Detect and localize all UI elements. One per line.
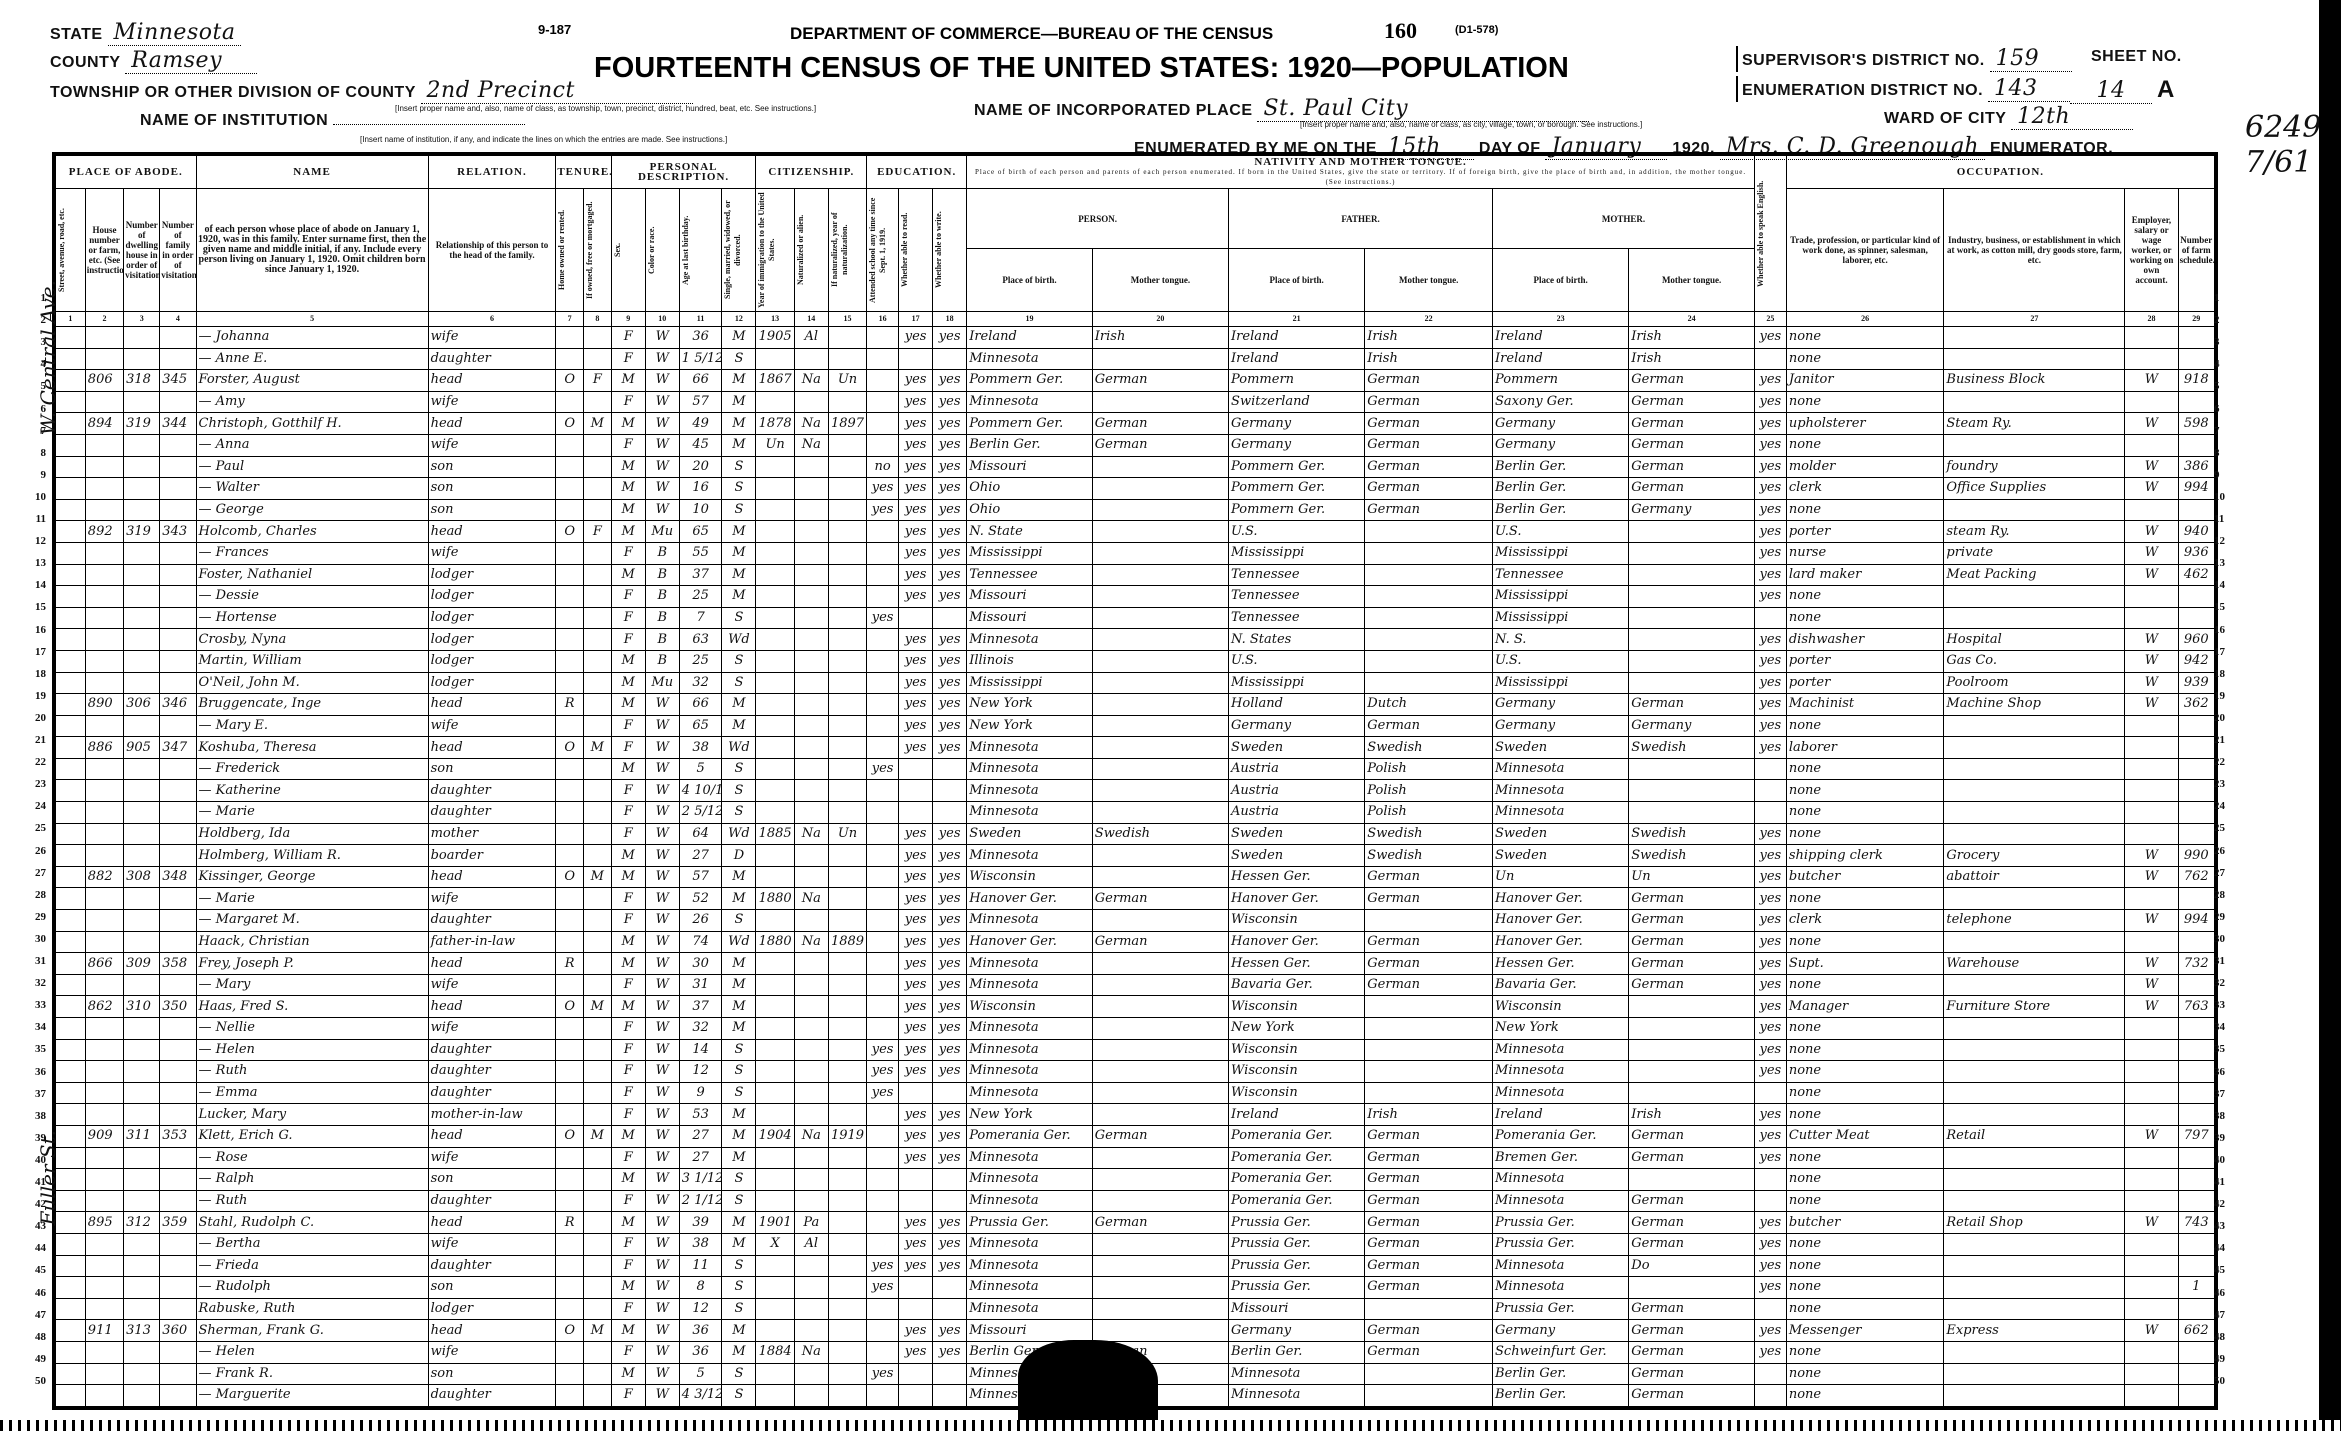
cell-write <box>933 1298 967 1320</box>
cell-f-tongue: German <box>1365 1255 1493 1277</box>
cell-sex: F <box>611 1018 645 1040</box>
cell-f-tongue <box>1365 564 1493 586</box>
cell-age: 49 <box>679 413 722 435</box>
cell-school: yes <box>867 758 899 780</box>
line-number-right: 36 <box>2214 1066 2232 1078</box>
cell-natyr <box>828 1147 866 1169</box>
cell-age: 9 <box>679 1082 722 1104</box>
table-row: 866309358Frey, Joseph P.headRMW30Myesyes… <box>56 953 2215 975</box>
cell-code: 743 <box>2178 1212 2214 1234</box>
cell-name: — Marie <box>196 888 428 910</box>
nativity-heading: NATIVITY AND MOTHER TONGUE. <box>968 157 1753 167</box>
cell-m-tongue <box>1629 1277 1755 1299</box>
cell-code <box>2178 586 2214 608</box>
cell-m-birth: Sweden <box>1493 845 1629 867</box>
cell-race: Mu <box>645 672 679 694</box>
cell-english: yes <box>1754 694 1786 716</box>
cell-tongue: Irish <box>1092 327 1228 349</box>
cell-english <box>1754 607 1786 629</box>
cell-natyr <box>828 1320 866 1342</box>
cell-marital: M <box>722 974 756 996</box>
line-number-left: 41 <box>28 1176 46 1188</box>
cell-name: Haack, Christian <box>196 931 428 953</box>
cell-sex: F <box>611 780 645 802</box>
cell-immig: Un <box>756 434 794 456</box>
cell-age: 10 <box>679 499 722 521</box>
cell-race: W <box>645 1298 679 1320</box>
cell-m-birth: Minnesota <box>1493 1082 1629 1104</box>
cell-birth: Pommern Ger. <box>967 413 1093 435</box>
table-row: 862310350Haas, Fred S.headOMMW37MyesyesW… <box>56 996 2215 1018</box>
cell-natyr <box>828 629 866 651</box>
cell-nat <box>794 694 828 716</box>
cell-dwelling <box>124 629 160 651</box>
cell-nat: Na <box>794 1341 828 1363</box>
cell-marital: S <box>722 1363 756 1385</box>
cell-birth: Minnesota <box>967 1255 1093 1277</box>
cell-m-tongue: Swedish <box>1629 737 1755 759</box>
cell-name: Frey, Joseph P. <box>196 953 428 975</box>
cell-sex: F <box>611 586 645 608</box>
line-number-left: 14 <box>28 579 46 591</box>
cell-sex: F <box>611 1104 645 1126</box>
cell-nat <box>794 780 828 802</box>
cell-immig: 1901 <box>756 1212 794 1234</box>
cell-m-tongue: Irish <box>1629 348 1755 370</box>
supervisor-district-field: SUPERVISOR'S DISTRICT NO. 159 <box>1736 46 2072 72</box>
cell-dwelling <box>124 348 160 370</box>
cell-marital: M <box>722 434 756 456</box>
cell-trade: none <box>1786 1341 1944 1363</box>
cell-owned <box>556 629 584 651</box>
cell-nat <box>794 1018 828 1040</box>
cell-natyr <box>828 1082 866 1104</box>
cell-owned <box>556 1018 584 1040</box>
col-18-header: Whether able to write. <box>933 189 967 312</box>
cell-industry: Meat Packing <box>1944 564 2125 586</box>
cell-class <box>2125 1190 2178 1212</box>
line-number-right: 38 <box>2214 1110 2232 1122</box>
cell-name: Bruggencate, Inge <box>196 694 428 716</box>
cell-sex: F <box>611 1039 645 1061</box>
cell-f-tongue: German <box>1365 931 1493 953</box>
cell-dwelling <box>124 1082 160 1104</box>
cell-tongue <box>1092 1190 1228 1212</box>
cell-f-tongue <box>1365 629 1493 651</box>
cell-school <box>867 1018 899 1040</box>
table-row: 890306346Bruggencate, IngeheadRMW66Myesy… <box>56 694 2215 716</box>
cell-f-tongue: Polish <box>1365 780 1493 802</box>
cell-family <box>160 910 196 932</box>
cell-school: yes <box>867 1363 899 1385</box>
cell-code <box>2178 1018 2214 1040</box>
cell-sex: F <box>611 434 645 456</box>
cell-mortgage <box>584 715 612 737</box>
cell-age: 64 <box>679 823 722 845</box>
cell-f-birth: Germany <box>1229 715 1365 737</box>
cell-code <box>2178 434 2214 456</box>
cell-relation: father-in-law <box>428 931 556 953</box>
cell-family <box>160 456 196 478</box>
cell-marital: D <box>722 845 756 867</box>
enumeration-district-value: 143 <box>1988 76 2070 102</box>
cell-mortgage <box>584 953 612 975</box>
cell-tongue <box>1092 996 1228 1018</box>
cell-natyr: 1889 <box>828 931 866 953</box>
col-16-header: Attended school any time since Sept. 1, … <box>867 189 899 312</box>
cell-name: — Anne E. <box>196 348 428 370</box>
cell-birth: Pomerania Ger. <box>967 1125 1093 1147</box>
table-row: — RuthdaughterFW12SyesyesyesMinnesotaWis… <box>56 1061 2215 1083</box>
cell-dwelling <box>124 672 160 694</box>
cell-write <box>933 348 967 370</box>
line-number-right: 47 <box>2214 1309 2232 1321</box>
cell-school <box>867 1212 899 1234</box>
cell-immig: 1878 <box>756 413 794 435</box>
cell-dwelling: 319 <box>124 521 160 543</box>
cell-immig <box>756 1169 794 1191</box>
table-row: — RalphsonMW3 1/12SMinnesotaPomerania Ge… <box>56 1169 2215 1191</box>
cell-read <box>899 1190 933 1212</box>
cell-nat <box>794 715 828 737</box>
cell-f-tongue: Swedish <box>1365 845 1493 867</box>
cell-birth: Wisconsin <box>967 996 1093 1018</box>
cell-english: yes <box>1754 521 1786 543</box>
cell-tongue <box>1092 1233 1228 1255</box>
cell-relation: lodger <box>428 586 556 608</box>
cell-english <box>1754 1082 1786 1104</box>
column-number: 6 <box>428 312 556 327</box>
form-number: 9-187 <box>538 22 571 37</box>
cell-dwelling <box>124 1277 160 1299</box>
cell-trade: Manager <box>1786 996 1944 1018</box>
cell-mortgage <box>584 629 612 651</box>
cell-write: yes <box>933 888 967 910</box>
cell-read <box>899 1298 933 1320</box>
cell-relation: son <box>428 1363 556 1385</box>
line-number-left: 39 <box>28 1132 46 1144</box>
cell-name: — Frank R. <box>196 1363 428 1385</box>
cell-school: yes <box>867 1061 899 1083</box>
cell-m-tongue: German <box>1629 1341 1755 1363</box>
cell-name: Haas, Fred S. <box>196 996 428 1018</box>
cell-family: 345 <box>160 370 196 392</box>
table-row: 894319344Christoph, Gotthilf H.headOMMW4… <box>56 413 2215 435</box>
cell-natyr <box>828 1039 866 1061</box>
cell-age: 37 <box>679 996 722 1018</box>
nativity-note: Place of birth of each person and parent… <box>968 167 1753 187</box>
cell-immig: 1885 <box>756 823 794 845</box>
cell-school <box>867 327 899 349</box>
cell-trade: clerk <box>1786 478 1944 500</box>
scan-noise <box>0 1420 2341 1431</box>
cell-nat: Na <box>794 413 828 435</box>
cell-tongue: German <box>1092 370 1228 392</box>
cell-name: — Ruth <box>196 1061 428 1083</box>
cell-industry: Machine Shop <box>1944 694 2125 716</box>
cell-write <box>933 1082 967 1104</box>
cell-write: yes <box>933 434 967 456</box>
cell-owned <box>556 391 584 413</box>
cell-name: — Helen <box>196 1039 428 1061</box>
cell-age: 20 <box>679 456 722 478</box>
cell-code: 1 <box>2178 1277 2214 1299</box>
cell-mortgage <box>584 823 612 845</box>
cell-english: yes <box>1754 542 1786 564</box>
cell-race: W <box>645 327 679 349</box>
cell-relation: son <box>428 758 556 780</box>
cell-age: 26 <box>679 910 722 932</box>
cell-age: 45 <box>679 434 722 456</box>
cell-sex: F <box>611 715 645 737</box>
cell-m-tongue <box>1629 1082 1755 1104</box>
cell-english: yes <box>1754 586 1786 608</box>
cell-race: W <box>645 888 679 910</box>
cell-industry <box>1944 607 2125 629</box>
cell-natyr: 1897 <box>828 413 866 435</box>
cell-owned: R <box>556 694 584 716</box>
cell-house: 806 <box>85 370 123 392</box>
cell-write: yes <box>933 910 967 932</box>
cell-code <box>2178 1039 2214 1061</box>
cell-school <box>867 953 899 975</box>
cell-name: — Amy <box>196 391 428 413</box>
cell-nat <box>794 1082 828 1104</box>
cell-f-tongue: German <box>1365 1169 1493 1191</box>
col-21-header: Place of birth. <box>1229 249 1365 312</box>
cell-nat <box>794 996 828 1018</box>
cell-english: yes <box>1754 478 1786 500</box>
cell-house <box>85 715 123 737</box>
cell-f-birth: Wisconsin <box>1229 1061 1365 1083</box>
line-number-right: 10 <box>2214 491 2232 503</box>
line-number-right: 1 <box>2214 292 2232 304</box>
cell-f-tongue <box>1365 1363 1493 1385</box>
cell-f-birth: Tennessee <box>1229 607 1365 629</box>
group-name: NAME <box>196 156 428 189</box>
cell-dwelling <box>124 327 160 349</box>
cell-dwelling <box>124 802 160 824</box>
cell-immig <box>756 802 794 824</box>
cell-sex: M <box>611 1212 645 1234</box>
institution-instruction: [Insert name of institution, if any, and… <box>360 135 727 144</box>
cell-race: W <box>645 1018 679 1040</box>
col-5-header: of each person whose place of abode on J… <box>196 189 428 312</box>
table-row: — AnnawifeFW45MUnNayesyesBerlin Ger.Germ… <box>56 434 2215 456</box>
cell-sex: F <box>611 391 645 413</box>
cell-m-tongue: German <box>1629 974 1755 996</box>
cell-name: Sherman, Frank G. <box>196 1320 428 1342</box>
cell-m-tongue <box>1629 1018 1755 1040</box>
cell-birth: N. State <box>967 521 1093 543</box>
cell-school <box>867 542 899 564</box>
cell-sex: F <box>611 1233 645 1255</box>
cell-house <box>85 1018 123 1040</box>
cell-owned <box>556 564 584 586</box>
line-number-right: 4 <box>2214 358 2232 370</box>
cell-f-birth: Pomerania Ger. <box>1229 1147 1365 1169</box>
cell-race: B <box>645 607 679 629</box>
cell-f-birth: Ireland <box>1229 1104 1365 1126</box>
cell-f-tongue <box>1365 1018 1493 1040</box>
cell-industry <box>1944 1277 2125 1299</box>
cell-mortgage <box>584 1082 612 1104</box>
line-number-right: 22 <box>2214 756 2232 768</box>
cell-natyr <box>828 737 866 759</box>
cell-marital: M <box>722 1233 756 1255</box>
col-14-label: Naturalized or alien. <box>796 190 806 310</box>
column-number: 2 <box>85 312 123 327</box>
line-number-right: 17 <box>2214 646 2232 658</box>
cell-tongue: German <box>1092 1125 1228 1147</box>
cell-english: yes <box>1754 564 1786 586</box>
cell-industry <box>1944 586 2125 608</box>
cell-relation: daughter <box>428 1061 556 1083</box>
state-value: Minnesota <box>108 20 242 46</box>
cell-m-birth: Bremen Ger. <box>1493 1147 1629 1169</box>
cell-race: W <box>645 910 679 932</box>
cell-street <box>56 629 86 651</box>
cell-sex: M <box>611 650 645 672</box>
cell-write <box>933 1363 967 1385</box>
cell-marital: S <box>722 348 756 370</box>
cell-mortgage: M <box>584 1125 612 1147</box>
cell-race: W <box>645 931 679 953</box>
cell-class <box>2125 391 2178 413</box>
line-number-right: 20 <box>2214 712 2232 724</box>
cell-relation: wife <box>428 974 556 996</box>
cell-age: 65 <box>679 715 722 737</box>
cell-natyr <box>828 866 866 888</box>
cell-read <box>899 1363 933 1385</box>
cell-m-birth: New York <box>1493 1018 1629 1040</box>
cell-immig <box>756 456 794 478</box>
cell-house: 909 <box>85 1125 123 1147</box>
cell-read: yes <box>899 694 933 716</box>
cell-tongue <box>1092 1147 1228 1169</box>
cell-immig <box>756 974 794 996</box>
cell-relation: wife <box>428 327 556 349</box>
cell-nat <box>794 564 828 586</box>
cell-family: 359 <box>160 1212 196 1234</box>
line-number-left: 49 <box>28 1353 46 1365</box>
cell-m-tongue: German <box>1629 413 1755 435</box>
cell-m-tongue <box>1629 650 1755 672</box>
cell-read: yes <box>899 521 933 543</box>
cell-race: W <box>645 1169 679 1191</box>
cell-code <box>2178 1385 2214 1407</box>
cell-house <box>85 348 123 370</box>
cell-name: — Frieda <box>196 1255 428 1277</box>
cell-age: 16 <box>679 478 722 500</box>
cell-code: 939 <box>2178 672 2214 694</box>
cell-m-tongue <box>1629 542 1755 564</box>
cell-write: yes <box>933 1147 967 1169</box>
cell-age: 12 <box>679 1061 722 1083</box>
group-place-of-abode: PLACE OF ABODE. <box>56 156 197 189</box>
cell-industry <box>1944 499 2125 521</box>
cell-m-tongue <box>1629 802 1755 824</box>
cell-owned <box>556 1147 584 1169</box>
cell-race: W <box>645 953 679 975</box>
cell-owned: R <box>556 1212 584 1234</box>
incorporated-place-value: St. Paul City <box>1257 96 1589 122</box>
cell-f-tongue: Dutch <box>1365 694 1493 716</box>
cell-dwelling <box>124 1147 160 1169</box>
cell-dwelling <box>124 1018 160 1040</box>
cell-m-tongue: German <box>1629 1147 1755 1169</box>
cell-dwelling <box>124 607 160 629</box>
cell-race: W <box>645 780 679 802</box>
cell-industry <box>1944 1255 2125 1277</box>
cell-family <box>160 1104 196 1126</box>
cell-age: 25 <box>679 650 722 672</box>
cell-read: yes <box>899 434 933 456</box>
cell-industry <box>1944 434 2125 456</box>
cell-family <box>160 758 196 780</box>
cell-birth: Minnesota <box>967 1018 1093 1040</box>
cell-relation: daughter <box>428 1385 556 1407</box>
cell-f-birth: Holland <box>1229 694 1365 716</box>
cell-natyr <box>828 910 866 932</box>
cell-house <box>85 910 123 932</box>
cell-nat <box>794 456 828 478</box>
cell-english: yes <box>1754 996 1786 1018</box>
cell-tongue <box>1092 1320 1228 1342</box>
cell-house: 882 <box>85 866 123 888</box>
cell-race: W <box>645 802 679 824</box>
cell-read: yes <box>899 1018 933 1040</box>
incorporated-place-field: NAME OF INCORPORATED PLACE St. Paul City <box>974 96 1589 122</box>
cell-house: 886 <box>85 737 123 759</box>
cell-trade: Messenger <box>1786 1320 1944 1342</box>
line-number-right: 43 <box>2214 1220 2232 1232</box>
cell-industry: Retail Shop <box>1944 1212 2125 1234</box>
cell-immig: 1884 <box>756 1341 794 1363</box>
cell-tongue: German <box>1092 888 1228 910</box>
col-2-header: House number or farm, etc. (See instruct… <box>85 189 123 312</box>
cell-dwelling: 319 <box>124 413 160 435</box>
cell-marital: S <box>722 478 756 500</box>
supervisor-value: 159 <box>1990 46 2072 72</box>
cell-mortgage: M <box>584 866 612 888</box>
col-10-label: Color or race. <box>647 190 657 310</box>
cell-house: 862 <box>85 996 123 1018</box>
cell-class: W <box>2125 1125 2178 1147</box>
cell-f-birth: Pommern Ger. <box>1229 478 1365 500</box>
cell-m-birth: Mississippi <box>1493 607 1629 629</box>
line-number-right: 23 <box>2214 778 2232 790</box>
cell-age: 39 <box>679 1212 722 1234</box>
cell-street <box>56 434 86 456</box>
cell-nat: Na <box>794 931 828 953</box>
cell-sex: F <box>611 737 645 759</box>
cell-m-tongue <box>1629 1061 1755 1083</box>
cell-english <box>1754 758 1786 780</box>
ink-blot <box>1018 1340 1158 1431</box>
cell-m-tongue <box>1629 672 1755 694</box>
col-28-header: Employer, salary or wage worker, or work… <box>2125 189 2178 312</box>
cell-family <box>160 434 196 456</box>
cell-immig <box>756 607 794 629</box>
cell-industry <box>1944 780 2125 802</box>
cell-natyr <box>828 391 866 413</box>
cell-class: W <box>2125 564 2178 586</box>
line-number-left: 2 <box>28 314 46 326</box>
col-12-label: Single, married, widowed, or divorced. <box>723 190 743 310</box>
cell-m-birth: Minnesota <box>1493 1255 1629 1277</box>
cell-dwelling <box>124 910 160 932</box>
